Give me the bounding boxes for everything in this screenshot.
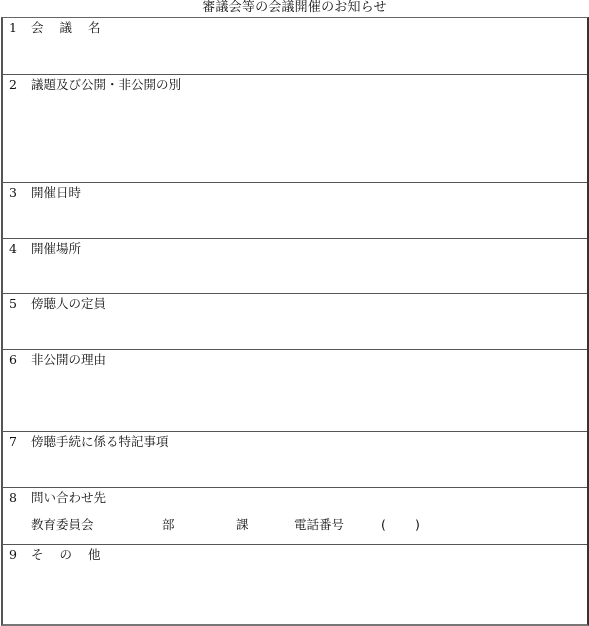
row-label: 会 議 名	[31, 20, 106, 36]
agenda-disclosure-field[interactable]	[31, 97, 581, 178]
row-number: 4	[9, 241, 31, 257]
row-label: 開催日時	[31, 185, 81, 201]
phone-open-paren: (	[381, 517, 386, 533]
row-label: 議題及び公開・非公開の別	[31, 77, 181, 93]
row-number: 6	[9, 352, 31, 368]
row-date-time: 3開催日時	[3, 183, 587, 239]
phone-close-paren: )	[415, 517, 420, 533]
row-label: 傍聴人の定員	[31, 296, 106, 312]
meeting-name-field[interactable]	[31, 40, 581, 70]
venue-field[interactable]	[31, 261, 581, 289]
row-label: 開催場所	[31, 241, 81, 257]
row-contact: 8問い合わせ先 教育委員会 部 課 電話番号 ( )	[3, 488, 587, 545]
contact-phone-label: 電話番号	[294, 517, 344, 533]
audience-capacity-field[interactable]	[31, 316, 581, 345]
contact-details: 教育委員会 部 課 電話番号 ( )	[31, 488, 581, 545]
contact-department-suffix: 部	[162, 517, 175, 533]
other-field[interactable]	[31, 567, 581, 620]
date-time-field[interactable]	[31, 205, 581, 234]
row-number: 7	[9, 434, 31, 450]
contact-section-suffix: 課	[236, 517, 249, 533]
row-number: 9	[9, 547, 31, 563]
row-number: 2	[9, 77, 31, 93]
row-closed-reason: 6非公開の理由	[3, 350, 587, 432]
row-agenda-disclosure: 2議題及び公開・非公開の別	[3, 75, 587, 183]
row-audience-capacity: 5傍聴人の定員	[3, 294, 587, 350]
closed-reason-field[interactable]	[31, 372, 581, 427]
row-meeting-name: 1会 議 名	[3, 18, 587, 75]
row-label: 非公開の理由	[31, 352, 106, 368]
audience-procedure-notes-field[interactable]	[31, 454, 581, 483]
row-number: 1	[9, 20, 31, 36]
row-label: 傍聴手続に係る特記事項	[31, 434, 169, 450]
row-number: 5	[9, 296, 31, 312]
row-other: 9そ の 他	[3, 545, 587, 624]
row-number: 3	[9, 185, 31, 201]
meeting-notice-form: 1会 議 名 2議題及び公開・非公開の別 3開催日時 4開催場所 5傍聴人の定員…	[1, 17, 589, 626]
row-venue: 4開催場所	[3, 239, 587, 294]
contact-organization: 教育委員会	[31, 517, 94, 533]
row-label: そ の 他	[31, 547, 106, 563]
row-number: 8	[9, 490, 31, 506]
row-audience-procedure-notes: 7傍聴手続に係る特記事項	[3, 432, 587, 488]
document-title: 審議会等の会議開催のお知らせ	[0, 0, 589, 17]
